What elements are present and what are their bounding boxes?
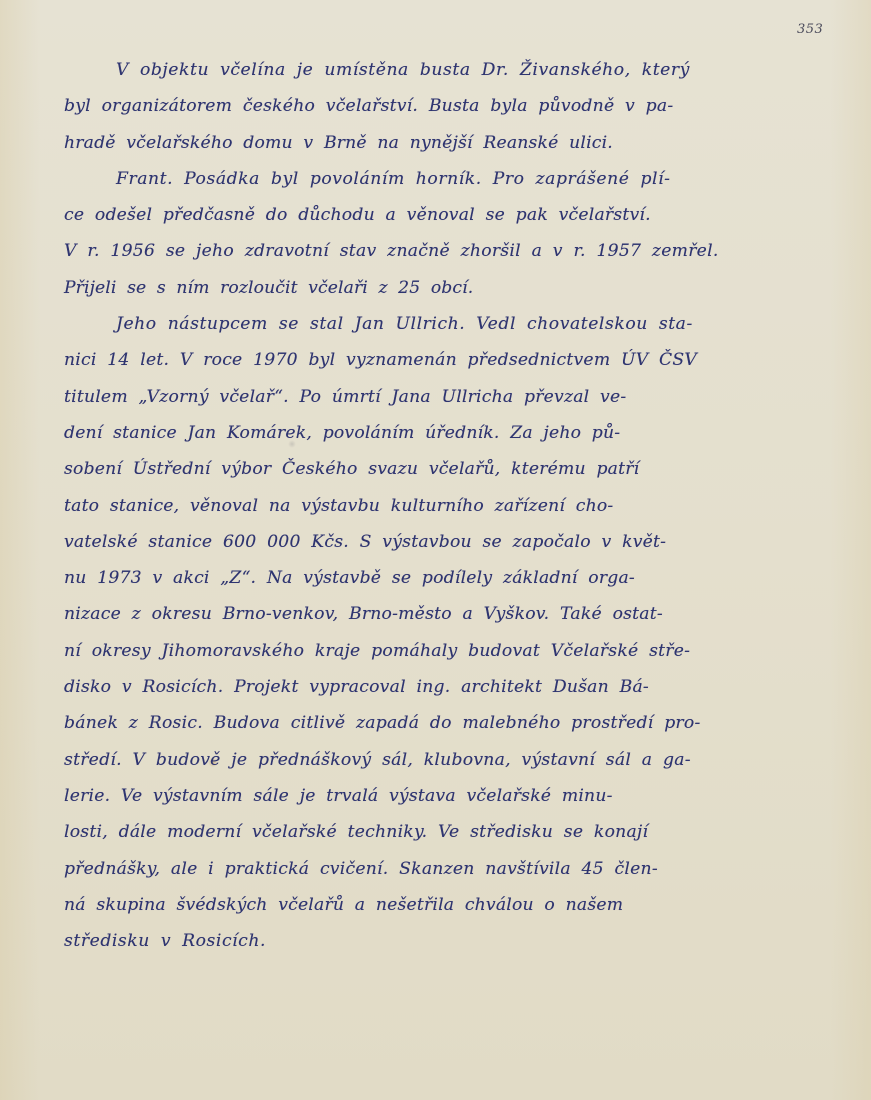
text-line: lerie. Ve výstavním sále je trvalá výsta… xyxy=(64,778,804,814)
text-line: středí. V budově je přednáškový sál, klu… xyxy=(64,742,804,778)
text-line: titulem „Vzorný včelař“. Po úmrtí Jana U… xyxy=(64,379,804,415)
text-line: vatelské stanice 600 000 Kčs. S výstavbo… xyxy=(64,524,804,560)
text-line: disko v Rosicích. Projekt vypracoval ing… xyxy=(64,669,804,705)
text-line: losti, dále moderní včelařské techniky. … xyxy=(64,814,804,850)
text-line: ná skupina švédských včelařů a nešetřila… xyxy=(64,887,804,923)
text-line: sobení Ústřední výbor Českého svazu včel… xyxy=(64,451,804,487)
text-line: Přijeli se s ním rozloučit včelaři z 25 … xyxy=(64,270,804,306)
text-line: nizace z okresu Brno-venkov, Brno-město … xyxy=(64,596,804,632)
text-line: Frant. Posádka byl povoláním horník. Pro… xyxy=(64,161,804,197)
text-line: ce odešel předčasně do důchodu a věnoval… xyxy=(64,197,804,233)
text-line: nu 1973 v akci „Z“. Na výstavbě se podíl… xyxy=(64,560,804,596)
text-line: hradě včelařského domu v Brně na nynější… xyxy=(64,125,804,161)
text-line: nici 14 let. V roce 1970 byl vyznamenán … xyxy=(64,342,804,378)
text-line: Jeho nástupcem se stal Jan Ullrich. Vedl… xyxy=(64,306,804,342)
handwritten-text: V objektu včelína je umístěna busta Dr. … xyxy=(64,52,804,959)
text-line: přednášky, ale i praktická cvičení. Skan… xyxy=(64,851,804,887)
text-line: byl organizátorem českého včelařství. Bu… xyxy=(64,88,804,124)
text-line: V r. 1956 se jeho zdravotní stav značně … xyxy=(64,233,804,269)
chronicle-page: 353 V objektu včelína je umístěna busta … xyxy=(0,0,871,1100)
text-line: V objektu včelína je umístěna busta Dr. … xyxy=(64,52,804,88)
text-line: tato stanice, věnoval na výstavbu kultur… xyxy=(64,488,804,524)
text-line: ní okresy Jihomoravského kraje pomáhaly … xyxy=(64,633,804,669)
page-number: 353 xyxy=(797,22,823,37)
text-line: bánek z Rosic. Budova citlivě zapadá do … xyxy=(64,705,804,741)
text-line: středisku v Rosicích. xyxy=(64,923,804,959)
text-line: dení stanice Jan Komárek, povoláním úřed… xyxy=(64,415,804,451)
